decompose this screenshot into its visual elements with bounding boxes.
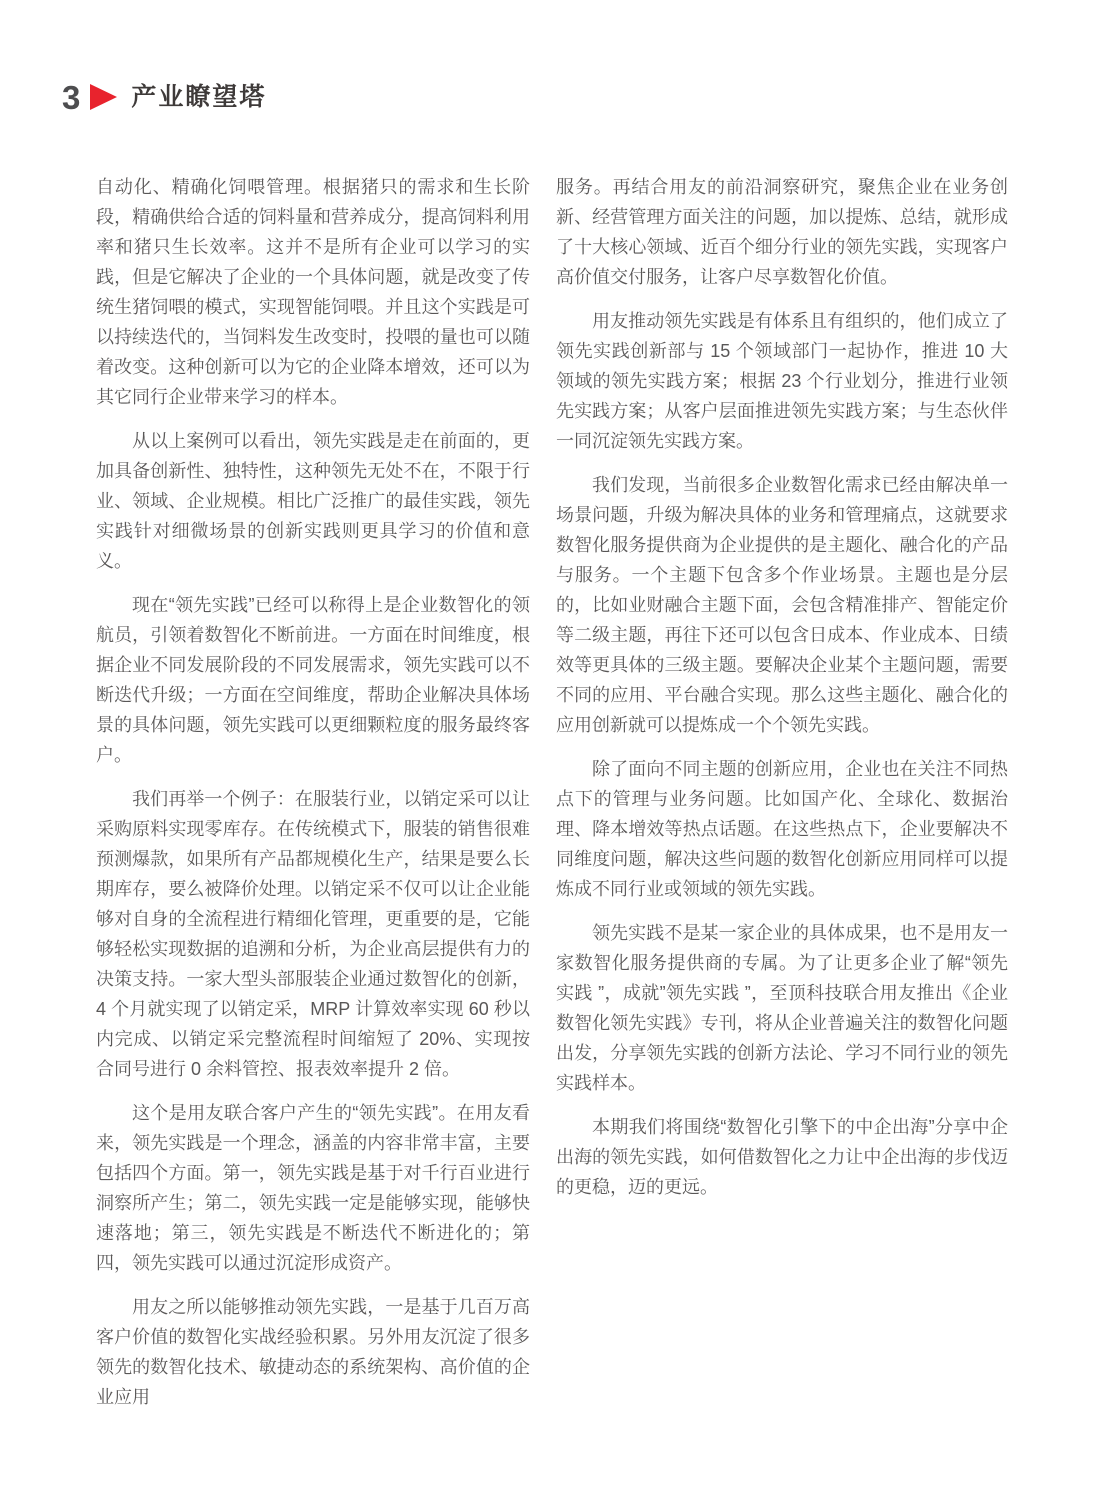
paragraph: 这个是用友联合客户产生的“领先实践”。在用友看来，领先实践是一个理念，涵盖的内容… <box>96 1098 530 1278</box>
paragraph: 我们发现，当前很多企业数智化需求已经由解决单一场景问题，升级为解决具体的业务和管… <box>556 470 1008 740</box>
paragraph: 自动化、精确化饲喂管理。根据猪只的需求和生长阶段，精确供给合适的饲料量和营养成分… <box>96 172 530 412</box>
paragraph: 除了面向不同主题的创新应用，企业也在关注不同热点下的管理与业务问题。比如国产化、… <box>556 754 1008 904</box>
red-triangle-icon <box>90 84 117 110</box>
paragraph: 现在“领先实践”已经可以称得上是企业数智化的领航员，引领着数智化不断前进。一方面… <box>96 590 530 770</box>
paragraph: 本期我们将围绕“数智化引擎下的中企出海”分享中企出海的领先实践，如何借数智化之力… <box>556 1112 1008 1202</box>
paragraph: 服务。再结合用友的前沿洞察研究，聚焦企业在业务创新、经营管理方面关注的问题，加以… <box>556 172 1008 292</box>
left-column: 自动化、精确化饲喂管理。根据猪只的需求和生长阶段，精确供给合适的饲料量和营养成分… <box>96 172 530 1426</box>
page-header: 3 产业瞭望塔 <box>62 76 266 118</box>
paragraph: 用友之所以能够推动领先实践，一是基于几百万高客户价值的数智化实战经验积累。另外用… <box>96 1292 530 1412</box>
section-title: 产业瞭望塔 <box>131 85 266 110</box>
paragraph: 领先实践不是某一家企业的具体成果，也不是用友一家数智化服务提供商的专属。为了让更… <box>556 918 1008 1098</box>
magazine-page: 3 产业瞭望塔 自动化、精确化饲喂管理。根据猪只的需求和生长阶段，精确供给合适的… <box>0 0 1102 1496</box>
paragraph: 用友推动领先实践是有体系且有组织的，他们成立了领先实践创新部与 15 个领域部门… <box>556 306 1008 456</box>
paragraph: 从以上案例可以看出，领先实践是走在前面的，更加具备创新性、独特性，这种领先无处不… <box>96 426 530 576</box>
right-column: 服务。再结合用友的前沿洞察研究，聚焦企业在业务创新、经营管理方面关注的问题，加以… <box>556 172 1008 1216</box>
paragraph: 我们再举一个例子：在服装行业，以销定采可以让采购原料实现零库存。在传统模式下，服… <box>96 784 530 1084</box>
page-number: 3 <box>62 81 80 114</box>
